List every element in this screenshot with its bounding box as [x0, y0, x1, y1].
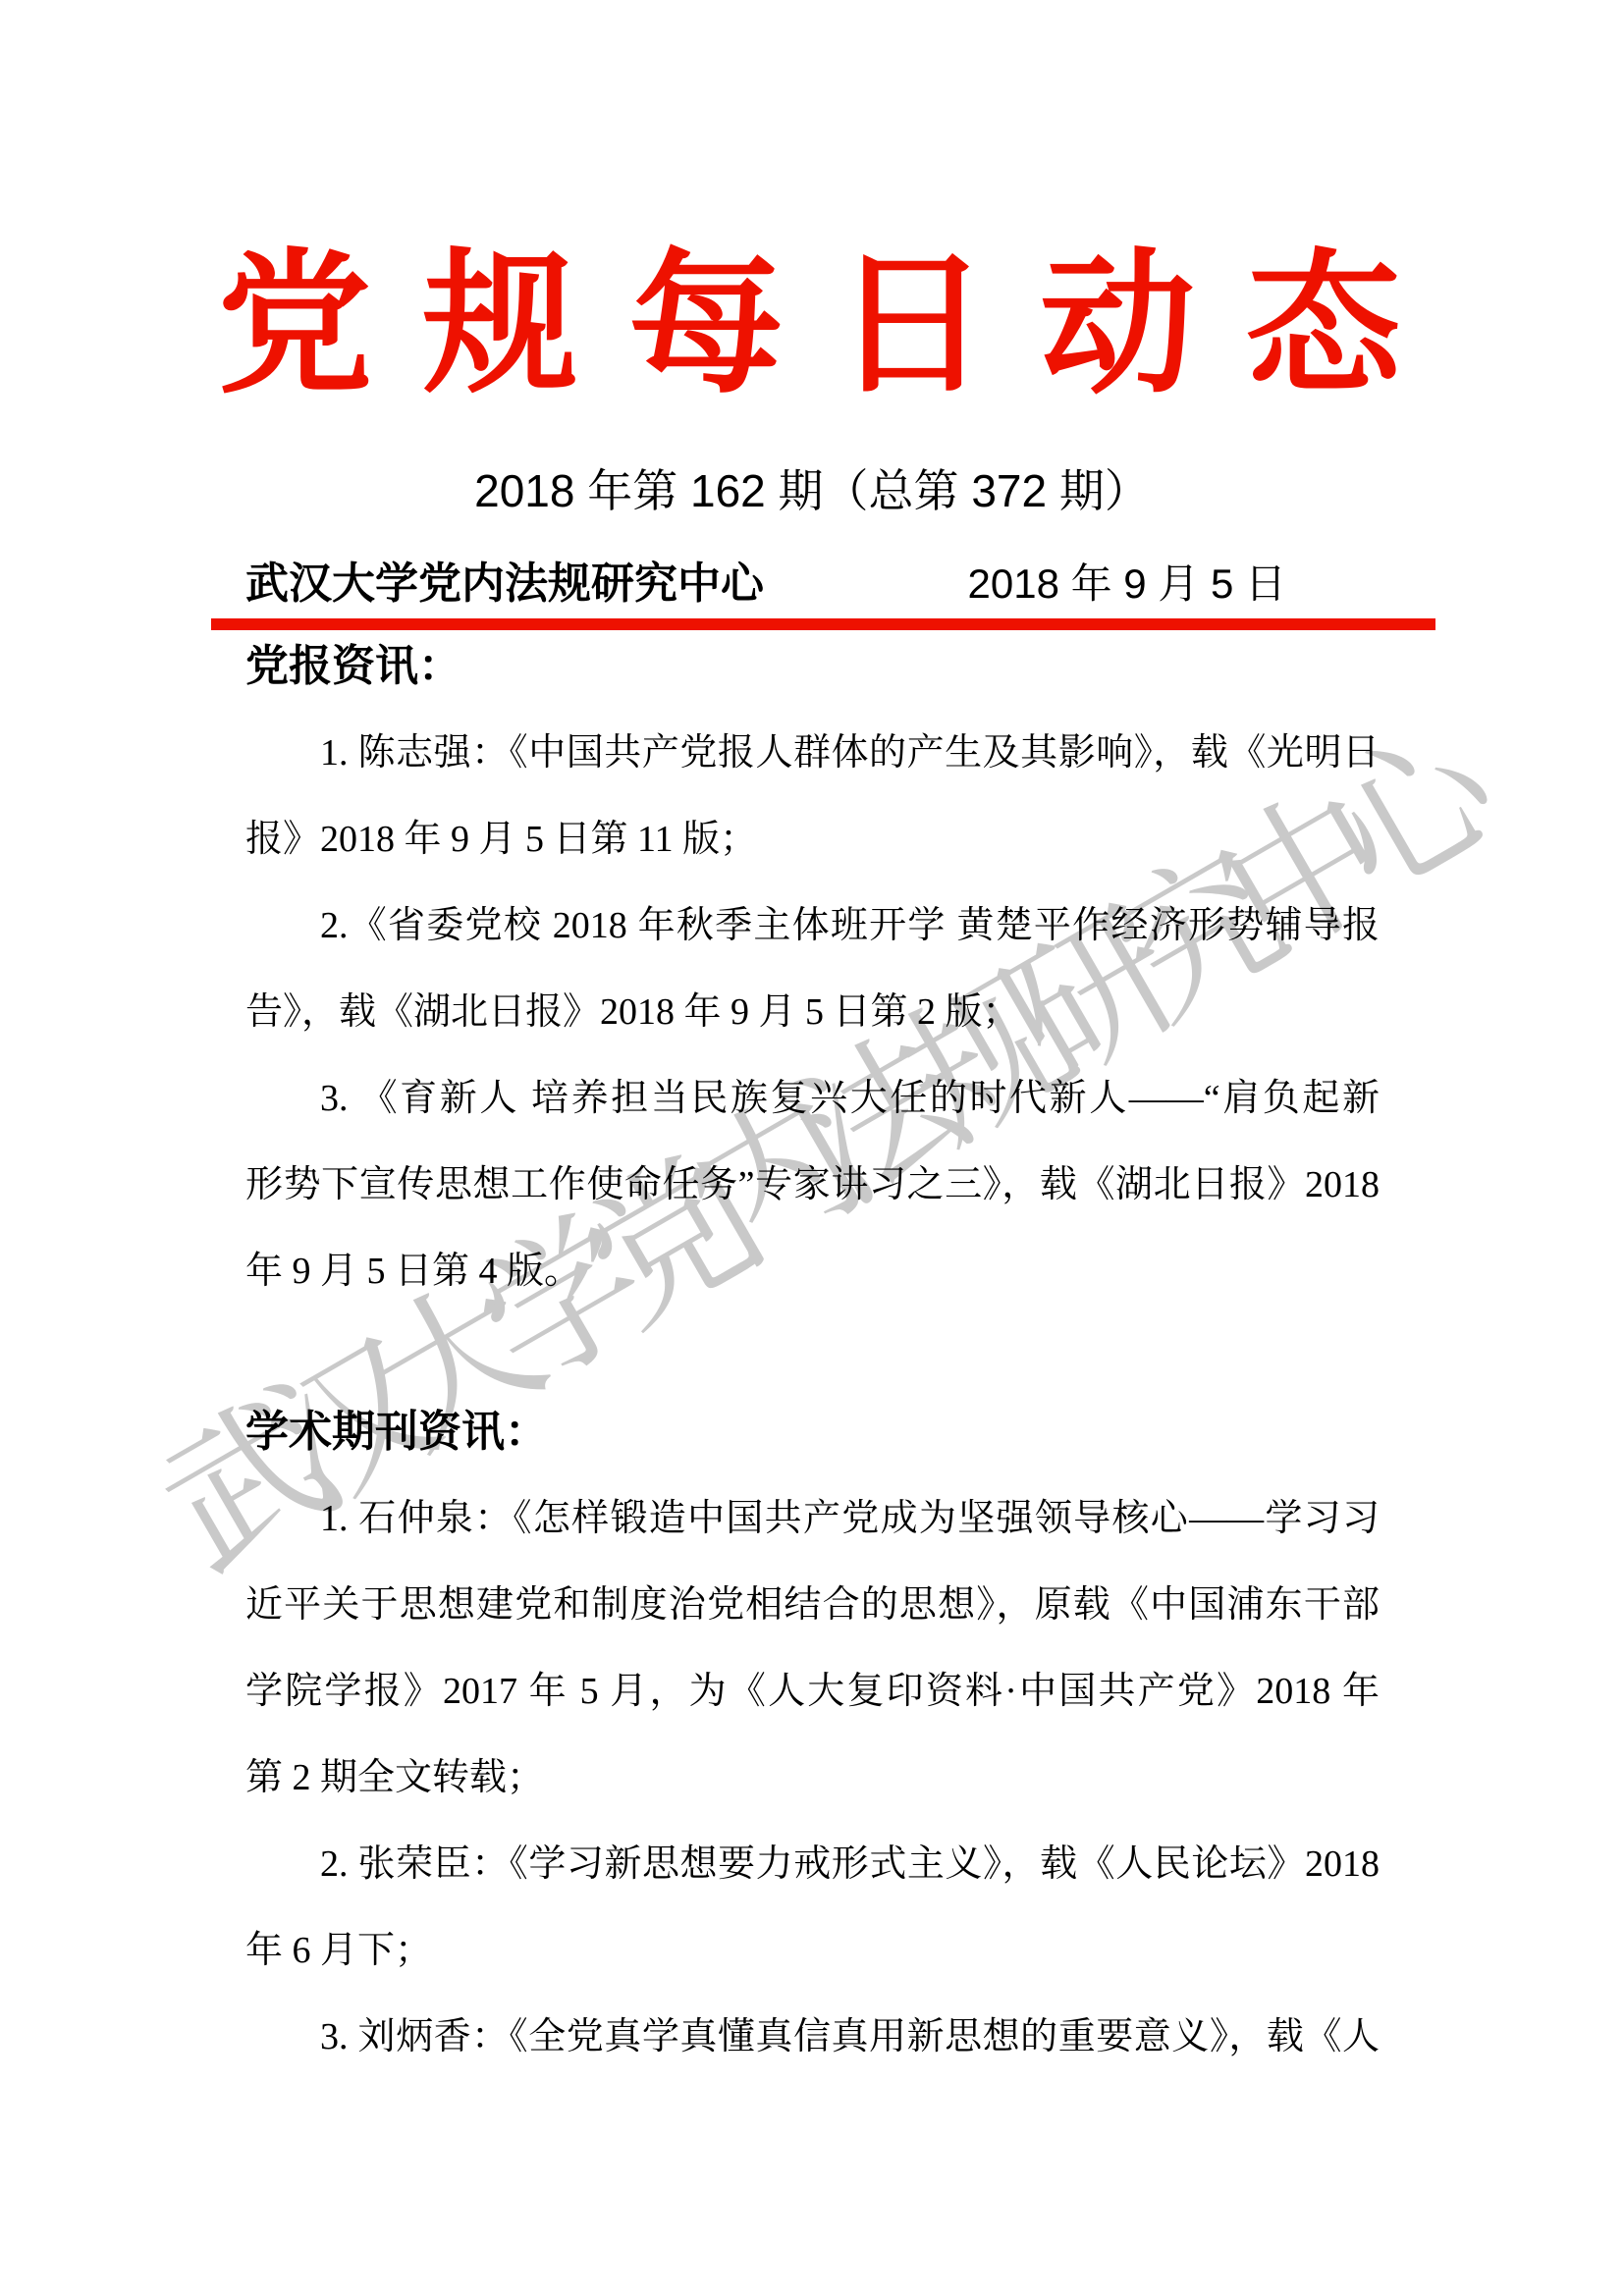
publisher-name: 武汉大学党内法规研究中心	[245, 556, 764, 613]
body-text-line: 第 2 期全文转载；	[245, 1735, 1380, 1821]
body-text-line: 3. 《育新人 培养担当民族复兴大任的时代新人——“肩负起新	[245, 1055, 1380, 1142]
body-text-line: 近平关于思想建党和制度治党相结合的思想》，原载《中国浦东干部	[245, 1562, 1380, 1648]
issue-number-line: 2018 年第 162 期（总第 372 期）	[0, 463, 1624, 518]
section-heading: 党报资讯：	[245, 623, 1380, 710]
body-text-line: 3. 刘炳香：《全党真学真懂真信真用新思想的重要意义》，载《人	[245, 1994, 1380, 2080]
body-text-line: 年 9 月 5 日第 4 版。	[245, 1228, 1380, 1314]
body-text-line: 学院学报》2017 年 5 月，为《人大复印资料·中国共产党》2018 年	[245, 1648, 1380, 1735]
issue-date: 2018 年 9 月 5 日	[968, 556, 1287, 613]
section-body: 1. 石仲泉：《怎样锻造中国共产党成为坚强领导核心——学习习近平关于思想建党和制…	[245, 1475, 1380, 2080]
body-text-line: 2.《省委党校 2018 年秋季主体班开学 黄楚平作经济形势辅导报	[245, 882, 1380, 969]
section-party-newspaper-news: 党报资讯： 1. 陈志强：《中国共产党报人群体的产生及其影响》，载《光明日报》2…	[245, 623, 1380, 1314]
body-text-line: 年 6 月下；	[245, 1907, 1380, 1994]
body-text-line: 1. 石仲泉：《怎样锻造中国共产党成为坚强领导核心——学习习	[245, 1475, 1380, 1562]
newsletter-title: 党 规 每 日 动 态	[0, 243, 1624, 410]
section-heading: 学术期刊资讯：	[245, 1389, 1380, 1475]
body-text-line: 报》2018 年 9 月 5 日第 11 版；	[245, 796, 1380, 882]
section-body: 1. 陈志强：《中国共产党报人群体的产生及其影响》，载《光明日报》2018 年 …	[245, 710, 1380, 1314]
section-academic-journal-news: 学术期刊资讯： 1. 石仲泉：《怎样锻造中国共产党成为坚强领导核心——学习习近平…	[245, 1389, 1380, 2080]
body-text-line: 2. 张荣臣：《学习新思想要力戒形式主义》，载《人民论坛》2018	[245, 1821, 1380, 1907]
document-page: 武汉大学党内法规研究中心 党 规 每 日 动 态 2018 年第 162 期（总…	[0, 0, 1624, 2296]
body-text-line: 形势下宣传思想工作使命任务”专家讲习之三》，载《湖北日报》2018	[245, 1142, 1380, 1228]
body-text-line: 1. 陈志强：《中国共产党报人群体的产生及其影响》，载《光明日	[245, 710, 1380, 796]
body-text-line: 告》，载《湖北日报》2018 年 9 月 5 日第 2 版；	[245, 969, 1380, 1055]
publisher-row: 武汉大学党内法规研究中心 2018 年 9 月 5 日	[245, 556, 1380, 613]
